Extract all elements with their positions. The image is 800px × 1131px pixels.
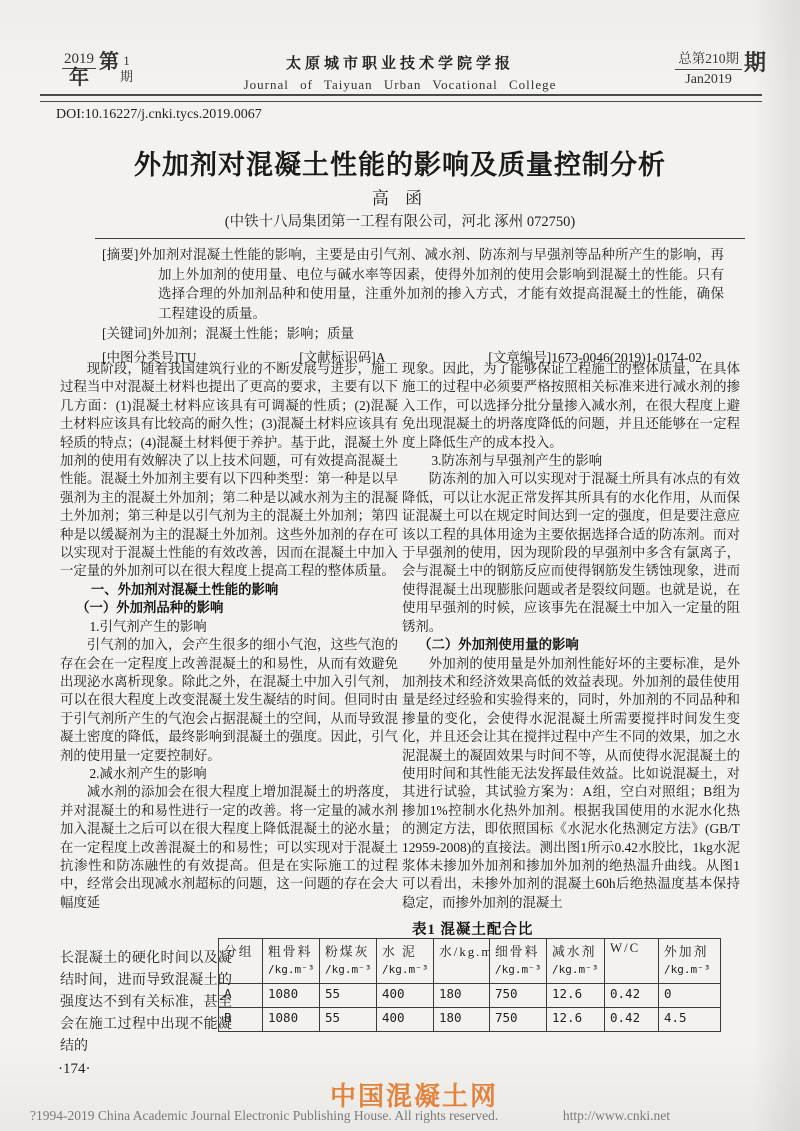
paragraph: 防冻剂的加入可以实现对于混凝土所具有冰点的有效降低，可以让水泥正常发挥其所具有的…: [402, 470, 740, 636]
article-title: 外加剂对混凝土性能的影响及质量控制分析: [0, 143, 800, 182]
keywords-label: [关键词]: [102, 326, 152, 341]
body-column-left: 现阶段，随着我国建筑行业的不断发展与进步，施工过程当中对混凝土材料也提出了更高的…: [60, 360, 398, 948]
cell: 750: [490, 1008, 547, 1032]
abstract-text: [摘要]外加剂对混凝土性能的影响，主要是由引气剂、减水剂、防冻剂与早强剂等品种所…: [102, 245, 724, 323]
paragraph: 引气剂的加入，会产生很多的细小气泡，这些气泡的存在会在一定程度上改善混凝土的和易…: [60, 636, 398, 765]
issue-date: Jan2019: [685, 70, 732, 87]
journal-title-en: Journal of Taiyuan Urban Vocational Coll…: [160, 77, 640, 93]
doi-text: DOI:10.16227/j.cnki.tycs.2019.0067: [56, 107, 262, 123]
cell: 400: [377, 1008, 434, 1032]
cell: 1080: [263, 984, 320, 1008]
article-affiliation: (中铁十八局集团第一工程有限公司，河北 涿州 072750): [0, 210, 800, 231]
col-header-water-reducer: 减水剂/kg.m⁻³: [547, 939, 605, 984]
article-author: 高 函: [0, 184, 800, 209]
cell: 750: [490, 984, 547, 1008]
copyright-line: ?1994-2019 China Academic Journal Electr…: [30, 1108, 670, 1124]
keywords-body: 外加剂；混凝土性能；影响；质量: [152, 326, 355, 341]
paragraph: 现阶段，随着我国建筑行业的不断发展与进步，施工过程当中对混凝土材料也提出了更高的…: [60, 360, 398, 581]
col-header-wc-ratio: W/C: [605, 939, 659, 984]
cell: 12.6: [547, 1008, 605, 1032]
header-divider: [40, 94, 762, 102]
col-header-cement: 水 泥/kg.m⁻³: [377, 939, 434, 984]
col-header-fly-ash: 粉煤灰/kg.m⁻³: [320, 939, 377, 984]
page-number: ·174·: [58, 1061, 91, 1078]
col-header-fine-aggregate: 细骨料/kg.m⁻³: [490, 939, 547, 984]
table-row: B 1080 55 400 180 750 12.6 0.42 4.5: [219, 1008, 721, 1032]
issue-number: 1: [123, 52, 130, 70]
col-header-coarse-aggregate: 粗骨料/kg.m⁻³: [263, 939, 320, 984]
body-column-right: 现象。因此，为了能够保证工程施工的整体质量，在具体施工的过程中必须要严格按照相关…: [402, 360, 740, 920]
issue-year-unit: 年: [69, 68, 89, 88]
cell: B: [219, 1008, 263, 1032]
table-row: A 1080 55 400 180 750 12.6 0.42 0: [219, 984, 721, 1008]
col-header-admixture: 外加剂/kg.m⁻³: [659, 939, 721, 984]
cell: 55: [320, 984, 377, 1008]
issue-info-left: 2019 年 第 1 期: [62, 52, 133, 88]
journal-title-cn: 太原城市职业技术学院学报: [160, 52, 640, 73]
keywords-line: [关键词]外加剂；混凝土性能；影响；质量: [102, 324, 724, 344]
cell: 180: [434, 1008, 490, 1032]
abstract-label: [摘要]: [102, 247, 138, 262]
cell: 12.6: [547, 984, 605, 1008]
subsection-heading-3: 3.防冻剂与早强剂产生的影响: [402, 452, 740, 470]
section-heading-1-2: （二）外加剂使用量的影响: [402, 636, 740, 654]
cell: 180: [434, 984, 490, 1008]
issue-edge-char: 期: [744, 52, 766, 74]
subsection-heading-1: 1.引气剂产生的影响: [60, 618, 398, 636]
cell: A: [219, 984, 263, 1008]
cell: 55: [320, 1008, 377, 1032]
cell: 400: [377, 984, 434, 1008]
col-header-group: 分组: [219, 939, 263, 984]
paragraph: 外加剂的使用量是外加剂性能好坏的主要标准，是外加剂技术和经济效果高低的效益表现。…: [402, 655, 740, 913]
abstract-body: 外加剂对混凝土性能的影响，主要是由引气剂、减水剂、防冻剂与早强剂等品种所产生的影…: [138, 247, 724, 321]
issue-number-unit: 期: [120, 70, 133, 83]
issue-vol-prefix: 第: [99, 52, 119, 72]
subsection-heading-2: 2.减水剂产生的影响: [60, 765, 398, 783]
issue-number-stack: 1 期: [120, 52, 133, 83]
table-header-row: 分组 粗骨料/kg.m⁻³ 粉煤灰/kg.m⁻³ 水 泥/kg.m⁻³ 水/kg…: [219, 939, 721, 984]
issue-total: 总第210期: [675, 52, 742, 70]
section-heading-1-1: （一）外加剂品种的影响: [60, 599, 398, 617]
journal-page: 2019 年 第 1 期 太原城市职业技术学院学报 Journal of Tai…: [0, 0, 800, 1131]
abstract-block: [摘要]外加剂对混凝土性能的影响，主要是由引气剂、减水剂、防冻剂与早强剂等品种所…: [102, 245, 724, 367]
issue-total-stack: 总第210期 Jan2019: [675, 52, 742, 87]
footer-url[interactable]: http://www.cnki.net: [563, 1108, 670, 1124]
cell: 0.42: [605, 1008, 659, 1032]
wrapped-paragraph: 长混凝土的硬化时间以及凝结时间，进而导致混凝土的强度达不到有关标准，甚至会在施工…: [60, 948, 232, 1058]
issue-year-stack: 2019 年: [62, 52, 96, 88]
mix-proportion-table: 分组 粗骨料/kg.m⁻³ 粉煤灰/kg.m⁻³ 水 泥/kg.m⁻³ 水/kg…: [218, 938, 721, 1032]
cell: 1080: [263, 1008, 320, 1032]
issue-info-right: 总第210期 Jan2019 期: [675, 52, 766, 87]
section-heading-1: 一、外加剂对混凝土性能的影响: [60, 581, 398, 599]
paragraph: 减水剂的添加会在很大程度上增加混凝土的坍落度，并对混凝土的和易性进行一定的改善。…: [60, 783, 398, 912]
cell: 0.42: [605, 984, 659, 1008]
abstract-divider: [95, 238, 745, 239]
col-header-water: 水/kg.m⁻³: [434, 939, 490, 984]
cell: 0: [659, 984, 721, 1008]
copyright-text: ?1994-2019 China Academic Journal Electr…: [30, 1108, 498, 1124]
journal-masthead: 太原城市职业技术学院学报 Journal of Taiyuan Urban Vo…: [160, 52, 640, 93]
paragraph: 现象。因此，为了能够保证工程施工的整体质量，在具体施工的过程中必须要严格按照相关…: [402, 360, 740, 452]
cell: 4.5: [659, 1008, 721, 1032]
table-caption: 表1 混凝土配合比: [412, 918, 533, 939]
